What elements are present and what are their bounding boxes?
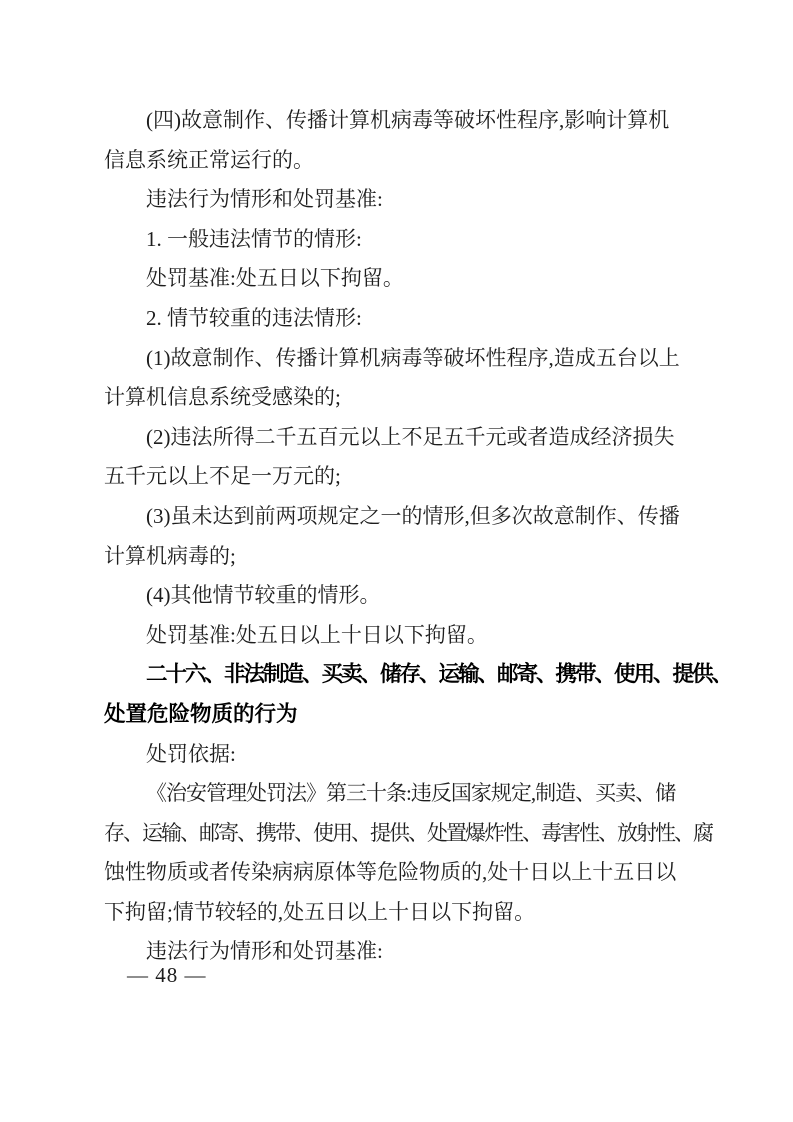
section-heading-line: 二十六、非法制造、买卖、储存、运输、邮寄、携带、使用、提供、	[104, 655, 715, 695]
text-line: 蚀性物质或者传染病病原体等危险物质的,处十日以上十五日以	[104, 853, 715, 893]
text-line: 存、运输、邮寄、携带、使用、提供、处置爆炸性、毒害性、放射性、腐	[104, 814, 715, 854]
text-line: 《治安管理处罚法》第三十条:违反国家规定,制造、买卖、储	[104, 774, 715, 814]
text-line: 计算机信息系统受感染的;	[104, 378, 715, 418]
text-line: 计算机病毒的;	[104, 537, 715, 577]
page-content: (四)故意制作、传播计算机病毒等破坏性程序,影响计算机 信息系统正常运行的。 违…	[104, 101, 715, 972]
text-line: (四)故意制作、传播计算机病毒等破坏性程序,影响计算机	[104, 101, 715, 141]
page-number: — 48 —	[127, 963, 207, 987]
text-line: 2. 情节较重的违法情形:	[104, 299, 715, 339]
section-heading-line: 处置危险物质的行为	[104, 695, 715, 735]
text-line: 信息系统正常运行的。	[104, 141, 715, 181]
text-line: 处罚基准:处五日以下拘留。	[104, 259, 715, 299]
text-line: 下拘留;情节较轻的,处五日以上十日以下拘留。	[104, 893, 715, 933]
text-line: (1)故意制作、传播计算机病毒等破坏性程序,造成五台以上	[104, 339, 715, 379]
text-line: 处罚基准:处五日以上十日以下拘留。	[104, 616, 715, 656]
text-line: 处罚依据:	[104, 735, 715, 775]
text-line: (3)虽未达到前两项规定之一的情形,但多次故意制作、传播	[104, 497, 715, 537]
text-line: (2)违法所得二千五百元以上不足五千元或者造成经济损失	[104, 418, 715, 458]
text-line: (4)其他情节较重的情形。	[104, 576, 715, 616]
text-line: 五千元以上不足一万元的;	[104, 457, 715, 497]
text-line: 1. 一般违法情节的情形:	[104, 220, 715, 260]
document-page: (四)故意制作、传播计算机病毒等破坏性程序,影响计算机 信息系统正常运行的。 违…	[0, 0, 793, 1122]
text-line: 违法行为情形和处罚基准:	[104, 180, 715, 220]
